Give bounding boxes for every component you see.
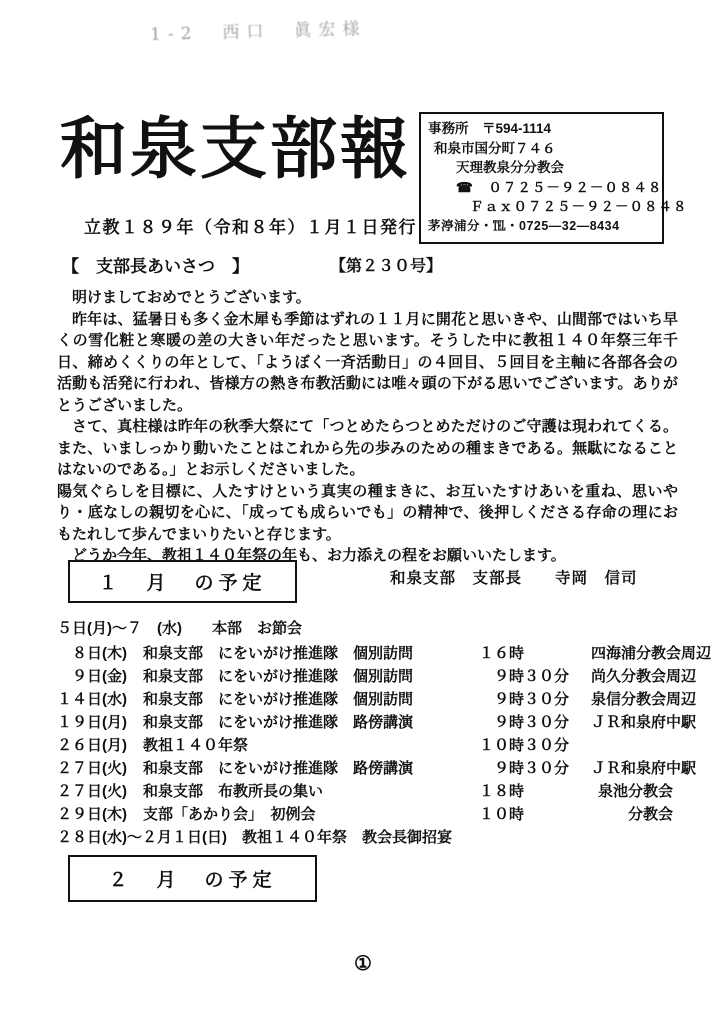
- schedule-time: １８時: [479, 780, 591, 803]
- february-schedule-heading: ２ 月 の予定: [68, 855, 317, 902]
- greeting-paragraph: 明けましておめでとうございます。: [57, 287, 678, 309]
- issue-number: 【第２３０号】: [330, 253, 442, 276]
- schedule-place: 四海浦分教会周辺: [591, 642, 711, 665]
- schedule-time: １０時３０分: [479, 734, 591, 757]
- schedule-line: ５日(月)～７ (水) 本部 お節会: [57, 617, 673, 640]
- schedule-place: 泉信分教会周辺: [591, 688, 696, 711]
- office-chinuura-line: 茅渟浦分・℡・0725—32—8434: [428, 217, 656, 237]
- schedule-place: ＪＲ和泉府中駅: [591, 757, 696, 780]
- schedule-row: ２６日(月) 教祖１４０年祭 １０時３０分: [57, 734, 673, 757]
- schedule-row: ２７日(火) 和泉支部 布教所長の集い １８時 泉池分教会: [57, 780, 673, 803]
- office-fax-line: Ｆａｘ０７２５－９２－０８４８: [428, 197, 656, 217]
- office-church-name: 天理教泉分分教会: [428, 158, 656, 178]
- schedule-event: 教祖１４０年祭: [143, 734, 479, 757]
- schedule-event: 和泉支部 にをいがけ推進隊 路傍講演: [143, 757, 479, 780]
- schedule-date: ２６日(月): [57, 734, 143, 757]
- schedule-date: １９日(月): [57, 711, 143, 734]
- schedule-row: ２９日(木) 支部「あかり会」 初例会 １０時 分教会: [57, 803, 673, 826]
- schedule-time: １０時: [479, 803, 591, 826]
- schedule-time: ９時３０分: [479, 665, 591, 688]
- schedule-row: ２７日(火) 和泉支部 にをいがけ推進隊 路傍講演 ９時３０分 ＪＲ和泉府中駅: [57, 757, 673, 780]
- greeting-body: 明けましておめでとうございます。 昨年は、猛暑日も多く金木犀も季節はずれの１１月…: [57, 287, 678, 589]
- schedule-place: 尚久分教会周辺: [591, 665, 696, 688]
- handwritten-note: 1-2 西口 眞宏様: [150, 12, 451, 45]
- office-address-line: 和泉市国分町７４６: [428, 139, 656, 159]
- schedule-place: 泉池分教会: [591, 780, 673, 803]
- schedule-row: ９日(金) 和泉支部 にをいがけ推進隊 個別訪問 ９時３０分 尚久分教会周辺: [57, 665, 673, 688]
- newsletter-title: 和泉支部報: [60, 96, 410, 192]
- greeting-paragraph: さて、真柱様は昨年の秋季大祭にて「つとめたらつとめただけのご守護は現われてくる。…: [57, 416, 678, 481]
- branch-chief-signature: 和泉支部 支部長 寺岡 信司: [390, 568, 678, 590]
- publication-date-line: 立教１８９年（令和８年）１月１日発行: [84, 213, 417, 238]
- schedule-event: 和泉支部 布教所長の集い: [143, 780, 479, 803]
- scanned-newsletter-page: 1-2 西口 眞宏様 和泉支部報 立教１８９年（令和８年）１月１日発行 事務所 …: [0, 0, 726, 1024]
- schedule-date: ２７日(火): [57, 780, 143, 803]
- schedule-row: １４日(水) 和泉支部 にをいがけ推進隊 個別訪問 ９時３０分 泉信分教会周辺: [57, 688, 673, 711]
- schedule-place: ＪＲ和泉府中駅: [591, 711, 696, 734]
- schedule-event: 和泉支部 にをいがけ推進隊 個別訪問: [143, 665, 479, 688]
- schedule-time: ９時３０分: [479, 757, 591, 780]
- schedule-event: 和泉支部 にをいがけ推進隊 個別訪問: [143, 688, 479, 711]
- greeting-section-heading: 【 支部長あいさつ 】: [62, 252, 249, 277]
- greeting-paragraph: 昨年は、猛暑日も多く金木犀も季節はずれの１１月に開花と思いきや、山間部ではいち早…: [57, 309, 678, 417]
- schedule-row: ８日(木) 和泉支部 にをいがけ推進隊 個別訪問 １６時 四海浦分教会周辺: [57, 642, 673, 665]
- office-contact-box: 事務所 〒594-1114 和泉市国分町７４６ 天理教泉分分教会 ☎ ０７２５－…: [419, 112, 664, 244]
- january-schedule-heading: １ 月 の予定: [68, 560, 297, 603]
- office-postal-line: 事務所 〒594-1114: [428, 119, 656, 139]
- greeting-paragraph: 陽気ぐらしを目標に、人たすけという真実の種まきに、お互いたすけあいを重ね、思いや…: [57, 481, 678, 546]
- schedule-date: ９日(金): [57, 665, 143, 688]
- schedule-line: ２８日(水)～２月１日(日) 教祖１４０年祭 教会長御招宴: [57, 826, 673, 849]
- schedule-event: 和泉支部 にをいがけ推進隊 個別訪問: [143, 642, 479, 665]
- schedule-date: ２９日(木): [57, 803, 143, 826]
- schedule-date: １４日(水): [57, 688, 143, 711]
- schedule-row: １９日(月) 和泉支部 にをいがけ推進隊 路傍講演 ９時３０分 ＪＲ和泉府中駅: [57, 711, 673, 734]
- schedule-event: 和泉支部 にをいがけ推進隊 路傍講演: [143, 711, 479, 734]
- schedule-event: 支部「あかり会」 初例会: [143, 803, 479, 826]
- schedule-date: ２７日(火): [57, 757, 143, 780]
- january-schedule-list: ５日(月)～７ (水) 本部 お節会 ８日(木) 和泉支部 にをいがけ推進隊 個…: [57, 617, 673, 851]
- schedule-place: 分教会: [591, 803, 673, 826]
- schedule-time: ９時３０分: [479, 711, 591, 734]
- schedule-place: [591, 734, 673, 757]
- schedule-time: １６時: [479, 642, 591, 665]
- schedule-time: ９時３０分: [479, 688, 591, 711]
- page-number: ①: [0, 951, 726, 976]
- office-telephone-line: ☎ ０７２５－９２－０８４８: [428, 178, 656, 198]
- schedule-date: ８日(木): [57, 642, 143, 665]
